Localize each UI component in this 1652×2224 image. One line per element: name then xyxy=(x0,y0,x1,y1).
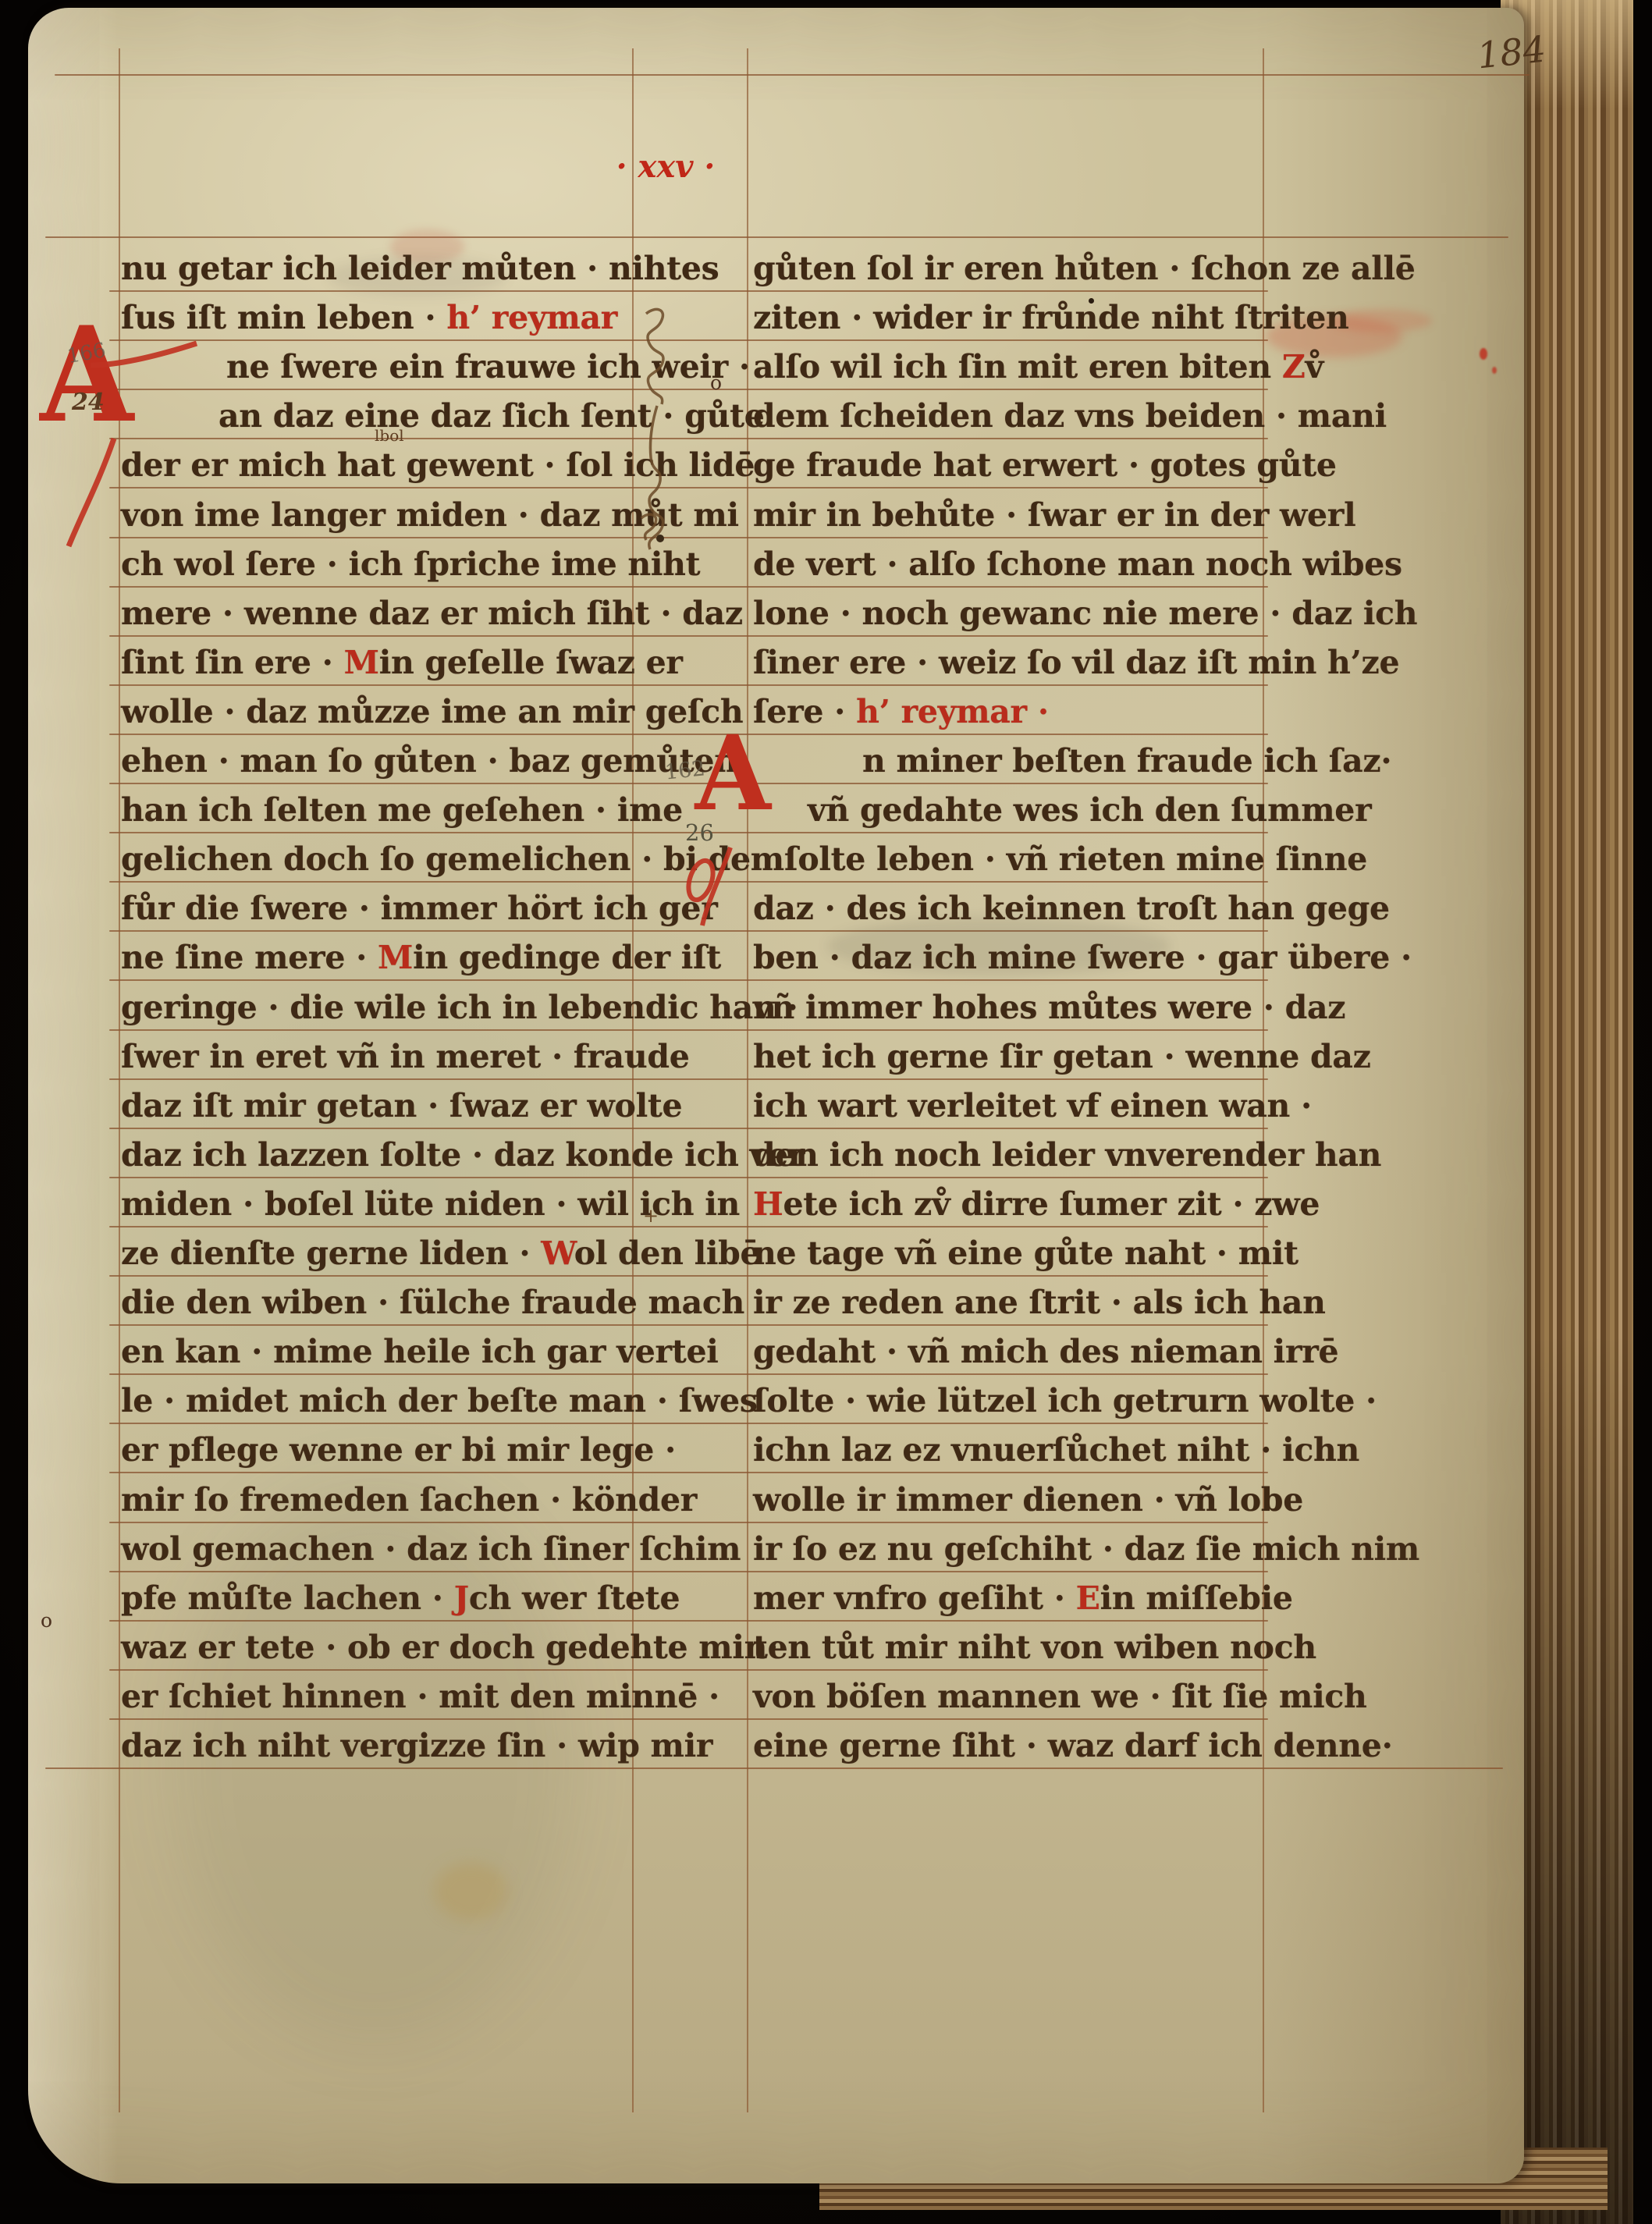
initial-flourish-left xyxy=(69,343,197,546)
manuscript-photo: · xxv · 184 nu getar ich leider můten · … xyxy=(0,0,1652,2224)
ink-blot xyxy=(656,535,664,542)
initial-flourish-right xyxy=(684,847,730,925)
pen-doodles-and-flourishes xyxy=(0,0,1652,2224)
gutter-doodle xyxy=(641,309,663,549)
